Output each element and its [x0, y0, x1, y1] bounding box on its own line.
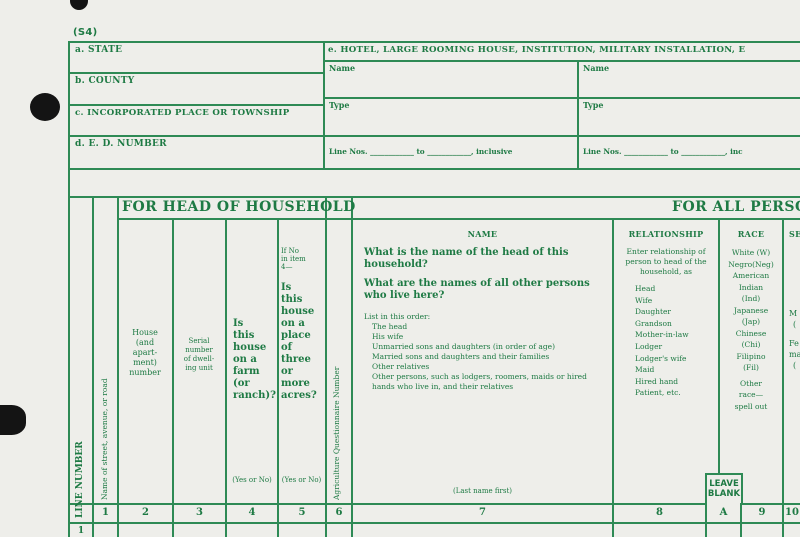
relationship-intro: Enter relationship of person to head of …: [616, 247, 716, 277]
hotel-section-title: e. HOTEL, LARGE ROOMING HOUSE, INSTITUTI…: [328, 45, 745, 55]
list-order-label: List in this order:: [364, 312, 430, 322]
sex-options: M ( Fe ma (: [789, 308, 800, 371]
section-head-of-household: FOR HEAD OF HOUSEHOLD: [122, 199, 356, 215]
col-number-8: 8: [614, 507, 705, 518]
line-nos-field-2[interactable]: Line Nos. ____________ to ____________, …: [579, 137, 800, 167]
col-number-7: 7: [353, 507, 612, 518]
place-field[interactable]: c. INCORPORATED PLACE OR TOWNSHIP: [70, 106, 322, 134]
hotel-name-field-1[interactable]: Name: [325, 62, 576, 96]
col-number-5: 5: [279, 507, 325, 518]
col-number-4: 4: [227, 507, 277, 518]
name-label: Name: [583, 63, 609, 73]
col-number-9: 9: [742, 507, 782, 518]
leave-blank-box: LEAVE BLANK: [705, 473, 743, 505]
type-label: Type: [329, 100, 349, 110]
acres-answer-hint: (Yes or No): [279, 476, 324, 485]
name-label: Name: [329, 63, 355, 73]
name-question-1: What is the name of the head of this hou…: [364, 247, 609, 271]
farm-answer-hint: (Yes or No): [228, 476, 276, 485]
sex-column-title: SE: [789, 229, 800, 239]
relationship-examples: Head Wife Daughter Grandson Mother-in-la…: [635, 283, 689, 399]
line-nos-label: Line Nos. ____________ to ____________, …: [583, 147, 743, 157]
ag-questionnaire-header: Agriculture Questionnaire Number: [332, 367, 341, 500]
serial-number-header: Serial number of dwell- ing unit: [174, 337, 224, 373]
name-question-2: What are the names of all other persons …: [364, 278, 609, 302]
race-options: White (W) Negro(Neg) American Indian (In…: [720, 247, 782, 412]
binder-hole-middle: [30, 93, 60, 121]
state-field[interactable]: a. STATE: [70, 43, 322, 71]
row-number-1: 1: [70, 526, 92, 536]
line-nos-field-1[interactable]: Line Nos. ____________ to ____________, …: [325, 137, 576, 167]
col-number-2: 2: [119, 507, 172, 518]
list-order: The head His wife Unmarried sons and dau…: [372, 322, 610, 392]
acres-prefix: If No in item 4—: [281, 247, 306, 271]
acres-question-header: Is this house on a place of three or mor…: [281, 282, 325, 402]
relationship-column-title: RELATIONSHIP: [614, 229, 718, 239]
col-number-1: 1: [94, 507, 117, 518]
line-number-header: LINE NUMBER: [75, 441, 85, 518]
farm-question-header: Is this house on a farm (or ranch)?: [233, 318, 277, 402]
col-number-10: 10: [785, 507, 800, 518]
line-nos-label: Line Nos. ____________ to ____________, …: [329, 147, 512, 157]
name-footer-hint: (Last name first): [353, 486, 612, 496]
ed-number-label: d. E. D. NUMBER: [75, 139, 167, 149]
hotel-name-field-2[interactable]: Name: [579, 62, 800, 96]
table-row[interactable]: [94, 524, 800, 537]
col-number-a: A: [707, 507, 740, 518]
state-label: a. STATE: [75, 45, 122, 55]
county-field[interactable]: b. COUNTY: [70, 74, 322, 103]
street-header: Name of street, avenue, or road: [100, 378, 109, 500]
type-label: Type: [583, 100, 603, 110]
ed-number-field[interactable]: d. E. D. NUMBER: [70, 137, 322, 167]
binder-hole-bottom: [0, 405, 26, 435]
col-number-6: 6: [327, 507, 351, 518]
section-all-persons: FOR ALL PERSO: [672, 199, 800, 215]
form-code: (S4): [73, 27, 98, 38]
hotel-type-field-2[interactable]: Type: [579, 99, 800, 134]
name-column-title: NAME: [353, 229, 612, 239]
place-label: c. INCORPORATED PLACE OR TOWNSHIP: [75, 108, 290, 118]
binder-hole-top: [70, 0, 88, 10]
county-label: b. COUNTY: [75, 76, 134, 86]
col-number-3: 3: [174, 507, 225, 518]
race-column-title: RACE: [720, 229, 782, 239]
house-number-header: House (and apart- ment) number: [119, 328, 171, 378]
hotel-type-field-1[interactable]: Type: [325, 99, 576, 134]
